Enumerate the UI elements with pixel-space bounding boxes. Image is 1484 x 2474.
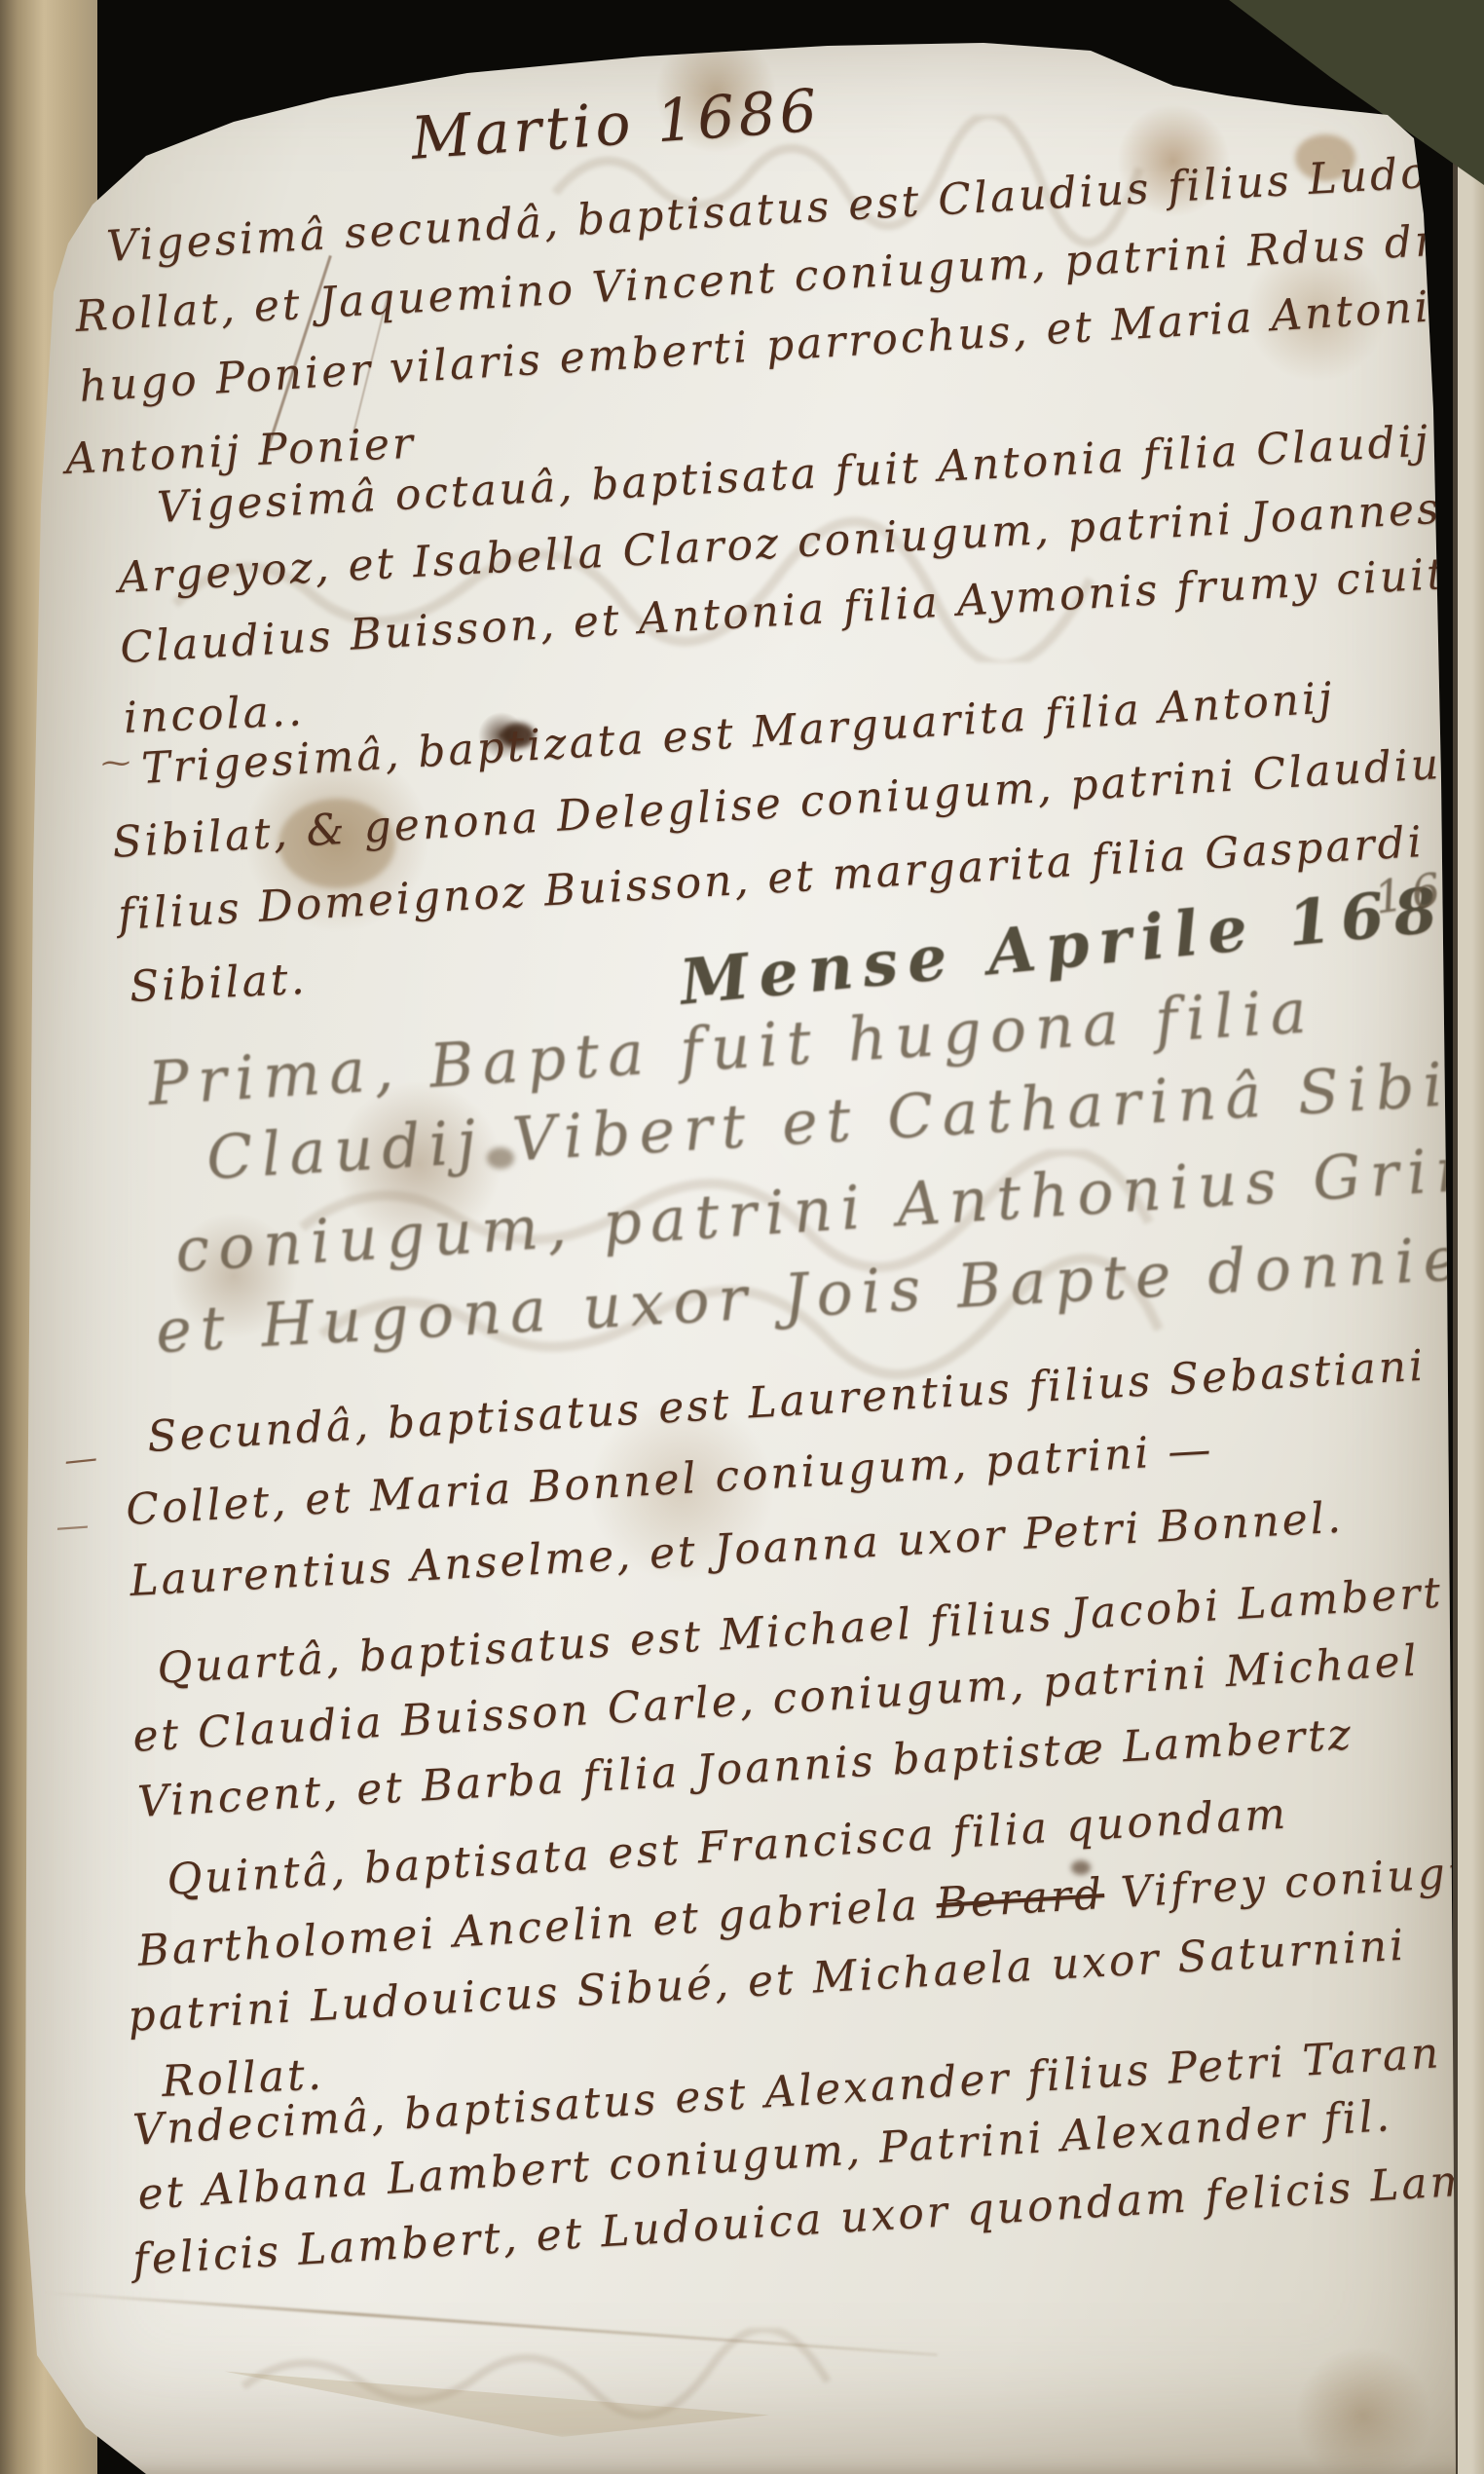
entry-line: Sibilat. bbox=[129, 955, 309, 1012]
margin-dash: — bbox=[62, 1438, 99, 1480]
manuscript-scan: { "doc": { "march": { "heading": "Martio… bbox=[0, 0, 1484, 2474]
book-fore-edge-right bbox=[1453, 146, 1484, 2474]
manuscript-page: Martio 1686 Vigesimâ secundâ, baptisatus… bbox=[0, 0, 1484, 2474]
margin-dash: — bbox=[55, 1506, 91, 1547]
struck-word: Berard bbox=[935, 1869, 1106, 1929]
margin-mark: ⁓ bbox=[101, 746, 130, 780]
entry-line: incola.. bbox=[123, 686, 306, 743]
